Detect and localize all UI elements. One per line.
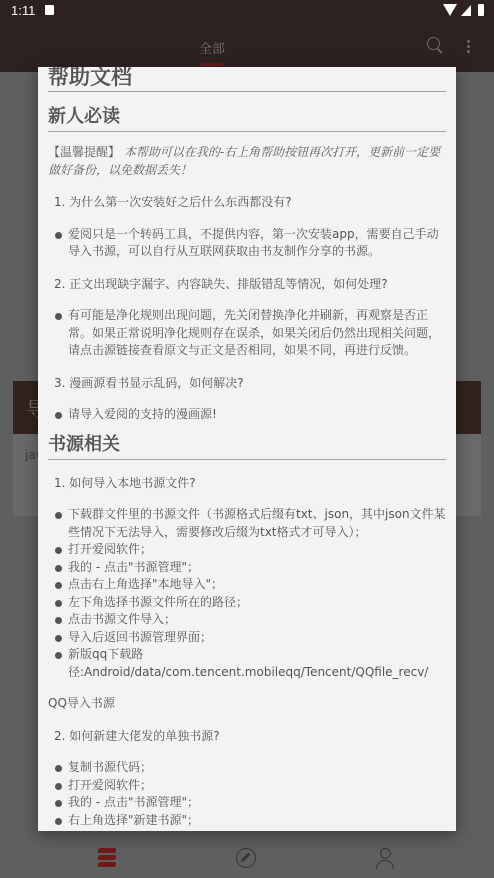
question: 2. 正文出现缺字漏字、内容缺失、排版错乱等情况，如何处理? <box>48 276 446 294</box>
toolbar: 全部 <box>0 22 494 72</box>
status-bar: 1:11 <box>0 0 494 22</box>
list-item: 新版qq下载路径:Android/data/com.tencent.mobile… <box>48 646 446 681</box>
tab-all[interactable]: 全部 <box>199 38 225 57</box>
tab-indicator <box>199 63 223 66</box>
tip-paragraph: 【温馨提醒】 本帮助可以在我的-右上角帮助按钮再次打开，更新前一定要做好备份，以… <box>48 144 446 179</box>
list-item: 请导入爱阅的支持的漫画源! <box>48 406 446 424</box>
section-heading-sources: 书源相关 <box>48 432 446 460</box>
wifi-icon <box>443 4 457 16</box>
question: 3. 漫画源看书显示乱码，如何解决? <box>48 375 446 393</box>
question: 2. 如何新建大佬发的单独书源? <box>48 728 446 746</box>
more-icon[interactable] <box>467 39 470 53</box>
tip-label: 【温馨提醒】 <box>48 145 120 159</box>
list-item: 进入新建书源后点击右上角"粘贴源"； <box>48 829 446 831</box>
list-item: 点击书源文件导入； <box>48 611 446 629</box>
list-item: 打开爱阅软件； <box>48 777 446 795</box>
battery-icon <box>478 4 484 16</box>
section-heading-newbie: 新人必读 <box>48 104 446 132</box>
note-text: QQ导入书源 <box>48 695 446 713</box>
help-dialog[interactable]: 帮助文档 新人必读 【温馨提醒】 本帮助可以在我的-右上角帮助按钮再次打开，更新… <box>38 67 456 831</box>
list-item: 我的 - 点击"书源管理"； <box>48 559 446 577</box>
compass-icon[interactable] <box>236 848 256 868</box>
list-item: 爱阅只是一个转码工具，不提供内容，第一次安装app，需要自己手动导入书源，可以自… <box>48 226 446 261</box>
bookshelf-icon[interactable] <box>98 848 120 870</box>
search-icon[interactable] <box>427 37 440 50</box>
list-item: 点击右上角选择"本地导入"； <box>48 576 446 594</box>
question: 1. 如何导入本地书源文件? <box>48 475 446 493</box>
list-item: 下载群文件里的书源文件（书源格式后缀有txt、json，其中json文件某些情况… <box>48 506 446 541</box>
list-item: 导入后返回书源管理界面； <box>48 629 446 647</box>
help-title: 帮助文档 <box>48 67 446 92</box>
list-item: 我的 - 点击"书源管理"； <box>48 794 446 812</box>
question: 1. 为什么第一次安装好之后什么东西都没有? <box>48 194 446 212</box>
clock: 1:11 <box>11 3 35 18</box>
list-item: 右上角选择"新建书源"； <box>48 812 446 830</box>
list-item: 打开爱阅软件； <box>48 541 446 559</box>
bottom-nav <box>0 834 494 878</box>
list-item: 有可能是净化规则出现问题，先关闭替换净化并刷新，再观察是否正常。如果正常说明净化… <box>48 307 446 360</box>
list-item: 左下角选择书源文件所在的路径； <box>48 594 446 612</box>
help-content[interactable]: 帮助文档 新人必读 【温馨提醒】 本帮助可以在我的-右上角帮助按钮再次打开，更新… <box>48 67 446 831</box>
notification-icon <box>45 5 54 15</box>
signal-icon <box>461 5 471 16</box>
list-item: 复制书源代码； <box>48 759 446 777</box>
person-icon[interactable] <box>374 848 396 870</box>
